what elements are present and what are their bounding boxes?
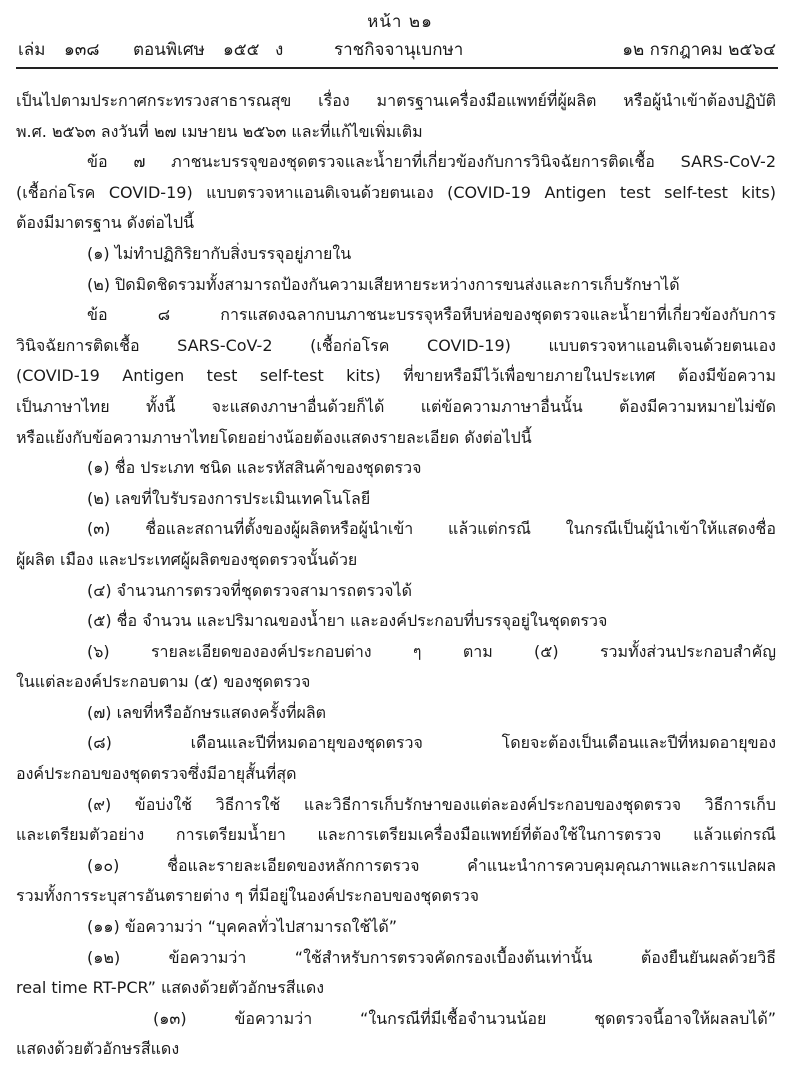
text-line: (๑๓) ข้อความว่า “ในกรณีที่มีเชื้อจำนวนน้… <box>16 1004 776 1035</box>
header-divider <box>16 67 778 69</box>
text-line: หรือแย้งกับข้อความภาษาไทยโดยอย่างน้อยต้อ… <box>16 423 776 454</box>
issue-number: ๑๕๕ <box>223 36 260 63</box>
text-line: ในแต่ละองค์ประกอบตาม (๕) ของชุดตรวจ <box>16 667 776 698</box>
text-line: องค์ประกอบของชุดตรวจซึ่งมีอายุสั้นที่สุด <box>16 759 776 790</box>
text-line: (๕) ชื่อ จำนวน และปริมาณของน้ำยา และองค์… <box>16 606 776 637</box>
text-line: แสดงด้วยตัวอักษรสีแดง <box>16 1034 776 1065</box>
text-line: ต้องมีมาตรฐาน ดังต่อไปนี้ <box>16 208 776 239</box>
text-line: (๒) ปิดมิดชิดรวมทั้งสามารถป้องกันความเสี… <box>16 270 776 301</box>
text-line: (๑) ไม่ทำปฏิกิริยากับสิ่งบรรจุอยู่ภายใน <box>16 239 776 270</box>
page-number: หน้า ๒๑ <box>0 8 800 35</box>
publication-name: ราชกิจจานุเบกษา <box>334 36 463 63</box>
text-line: (๑๒) ข้อความว่า “ใช้สำหรับการตรวจคัดกรอง… <box>16 943 776 974</box>
text-line: และเตรียมตัวอย่าง การเตรียมน้ำยา และการเ… <box>16 820 776 851</box>
text-line: (๗) เลขที่หรืออักษรแสดงครั้งที่ผลิต <box>16 698 776 729</box>
section-letter: ง <box>275 36 283 63</box>
text-line: (COVID-19 Antigen test self-test kits) ท… <box>16 361 776 392</box>
text-line: ข้อ ๗ ภาชนะบรรจุของชุดตรวจและน้ำยาที่เกี… <box>16 147 776 178</box>
text-line: (๑๑) ข้อความว่า “บุคคลทั่วไปสามารถใช้ได้… <box>16 912 776 943</box>
text-line: (๒) เลขที่ใบรับรองการประเมินเทคโนโลยี <box>16 484 776 515</box>
text-line: real time RT-PCR” แสดงด้วยตัวอักษรสีแดง <box>16 973 776 1004</box>
document-body: เป็นไปตามประกาศกระทรวงสาธารณสุข เรื่อง ม… <box>16 86 776 1065</box>
text-line: (๓) ชื่อและสถานที่ตั้งของผู้ผลิตหรือผู้น… <box>16 514 776 545</box>
text-line: เป็นภาษาไทย ทั้งนี้ จะแสดงภาษาอื่นด้วยก็… <box>16 392 776 423</box>
text-line: (๙) ข้อบ่งใช้ วิธีการใช้ และวิธีการเก็บร… <box>16 790 776 821</box>
text-line: (๖) รายละเอียดขององค์ประกอบต่าง ๆ ตาม (๕… <box>16 637 776 668</box>
text-line: (๑) ชื่อ ประเภท ชนิด และรหัสสินค้าของชุด… <box>16 453 776 484</box>
volume-label: เล่ม <box>18 36 45 63</box>
text-line: (๑๐) ชื่อและรายละเอียดของหลักการตรวจ คำแ… <box>16 851 776 882</box>
text-line: (๔) จำนวนการตรวจที่ชุดตรวจสามารถตรวจได้ <box>16 576 776 607</box>
gazette-header: เล่ม ๑๓๘ ตอนพิเศษ ๑๕๕ ง ราชกิจจานุเบกษา … <box>16 36 776 64</box>
text-line: รวมทั้งการระบุสารอันตรายต่าง ๆ ที่มีอยู่… <box>16 881 776 912</box>
text-line: วินิจฉัยการติดเชื้อ SARS-CoV-2 (เชื้อก่อ… <box>16 331 776 362</box>
text-line: (๘) เดือนและปีที่หมดอายุของชุดตรวจ โดยจะ… <box>16 728 776 759</box>
text-line: เป็นไปตามประกาศกระทรวงสาธารณสุข เรื่อง ม… <box>16 86 776 117</box>
volume-number: ๑๓๘ <box>64 36 100 63</box>
text-line: พ.ศ. ๒๕๖๓ ลงวันที่ ๒๗ เมษายน ๒๕๖๓ และที่… <box>16 117 776 148</box>
text-line: (เชื้อก่อโรค COVID-19) แบบตรวจหาแอนติเจน… <box>16 178 776 209</box>
publication-date: ๑๒ กรกฎาคม ๒๕๖๔ <box>622 36 776 63</box>
issue-label: ตอนพิเศษ <box>133 36 205 63</box>
text-line: ข้อ ๘ การแสดงฉลากบนภาชนะบรรจุหรือหีบห่อข… <box>16 300 776 331</box>
text-line: ผู้ผลิต เมือง และประเทศผู้ผลิตของชุดตรวจ… <box>16 545 776 576</box>
